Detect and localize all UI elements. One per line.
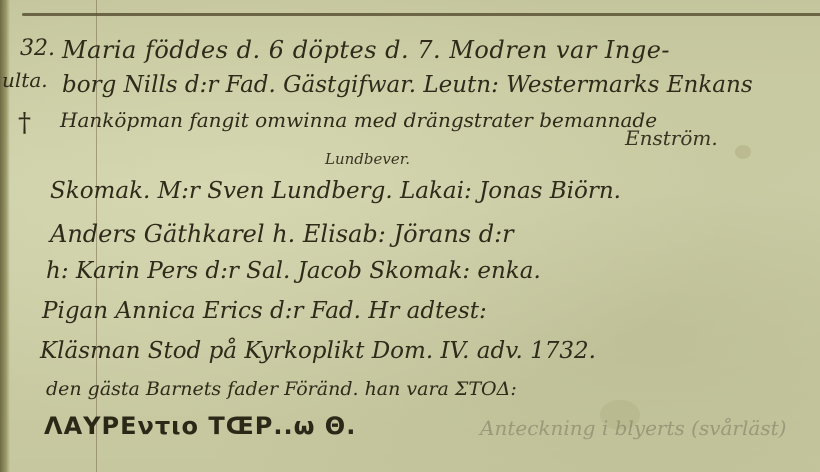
paper-stain bbox=[735, 145, 751, 159]
line-text: borg Nills d:r Fad. Gästgifwar. Leutn: W… bbox=[62, 72, 753, 98]
line-text: Maria föddes d. 6 döptes d. 7. Modren va… bbox=[62, 36, 670, 64]
line-text: den gästa Barnets fader Föränd. han vara… bbox=[46, 378, 517, 400]
greek-cipher-line: ΛΑΥΡΕντιο ΤŒΡ..ω Θ. bbox=[44, 412, 356, 440]
pencil-annotation: Anteckning i blyerts (svårläst) bbox=[480, 416, 786, 440]
register-line-9: den gästa Barnets fader Föränd. han vara… bbox=[46, 378, 517, 400]
line-text: Hanköpman fangit omwinna med drängstrate… bbox=[60, 108, 657, 132]
register-line-1: Maria föddes d. 6 döptes d. 7. Modren va… bbox=[62, 36, 670, 64]
line-text: h: Karin Pers d:r Sal. Jacob Skomak: enk… bbox=[46, 258, 541, 284]
death-cross-icon: † bbox=[18, 108, 31, 138]
register-line-2: borg Nills d:r Fad. Gästgifwar. Leutn: W… bbox=[62, 72, 753, 98]
register-line-4: Skomak. M:r Sven Lundberg. Lakai: Jonas … bbox=[50, 178, 621, 204]
register-line-5: Anders Gäthkarel h. Elisab: Jörans d:r bbox=[50, 220, 514, 248]
line-text: Anders Gäthkarel h. Elisab: Jörans d:r bbox=[50, 220, 514, 248]
line-text: Skomak. M:r Sven Lundberg. Lakai: Jonas … bbox=[50, 178, 621, 204]
entry-number: 32. bbox=[20, 36, 55, 61]
margin-note: ulta. bbox=[2, 68, 48, 92]
register-line-8: Kläsman Stod på Kyrkoplikt Dom. IV. adv.… bbox=[40, 338, 596, 364]
interlinear-note: Lundbever. bbox=[325, 150, 410, 168]
line-text: Kläsman Stod på Kyrkoplikt Dom. IV. adv.… bbox=[40, 338, 596, 364]
line-text: Pigan Annica Erics d:r Fad. Hr adtest: bbox=[42, 298, 487, 324]
register-line-3: Hanköpman fangit omwinna med drängstrate… bbox=[60, 108, 657, 132]
entry-separator-rule bbox=[22, 13, 820, 16]
register-line-6: h: Karin Pers d:r Sal. Jacob Skomak: enk… bbox=[46, 258, 541, 284]
interlinear-name: Enström. bbox=[625, 126, 718, 150]
register-line-7: Pigan Annica Erics d:r Fad. Hr adtest: bbox=[42, 298, 487, 324]
